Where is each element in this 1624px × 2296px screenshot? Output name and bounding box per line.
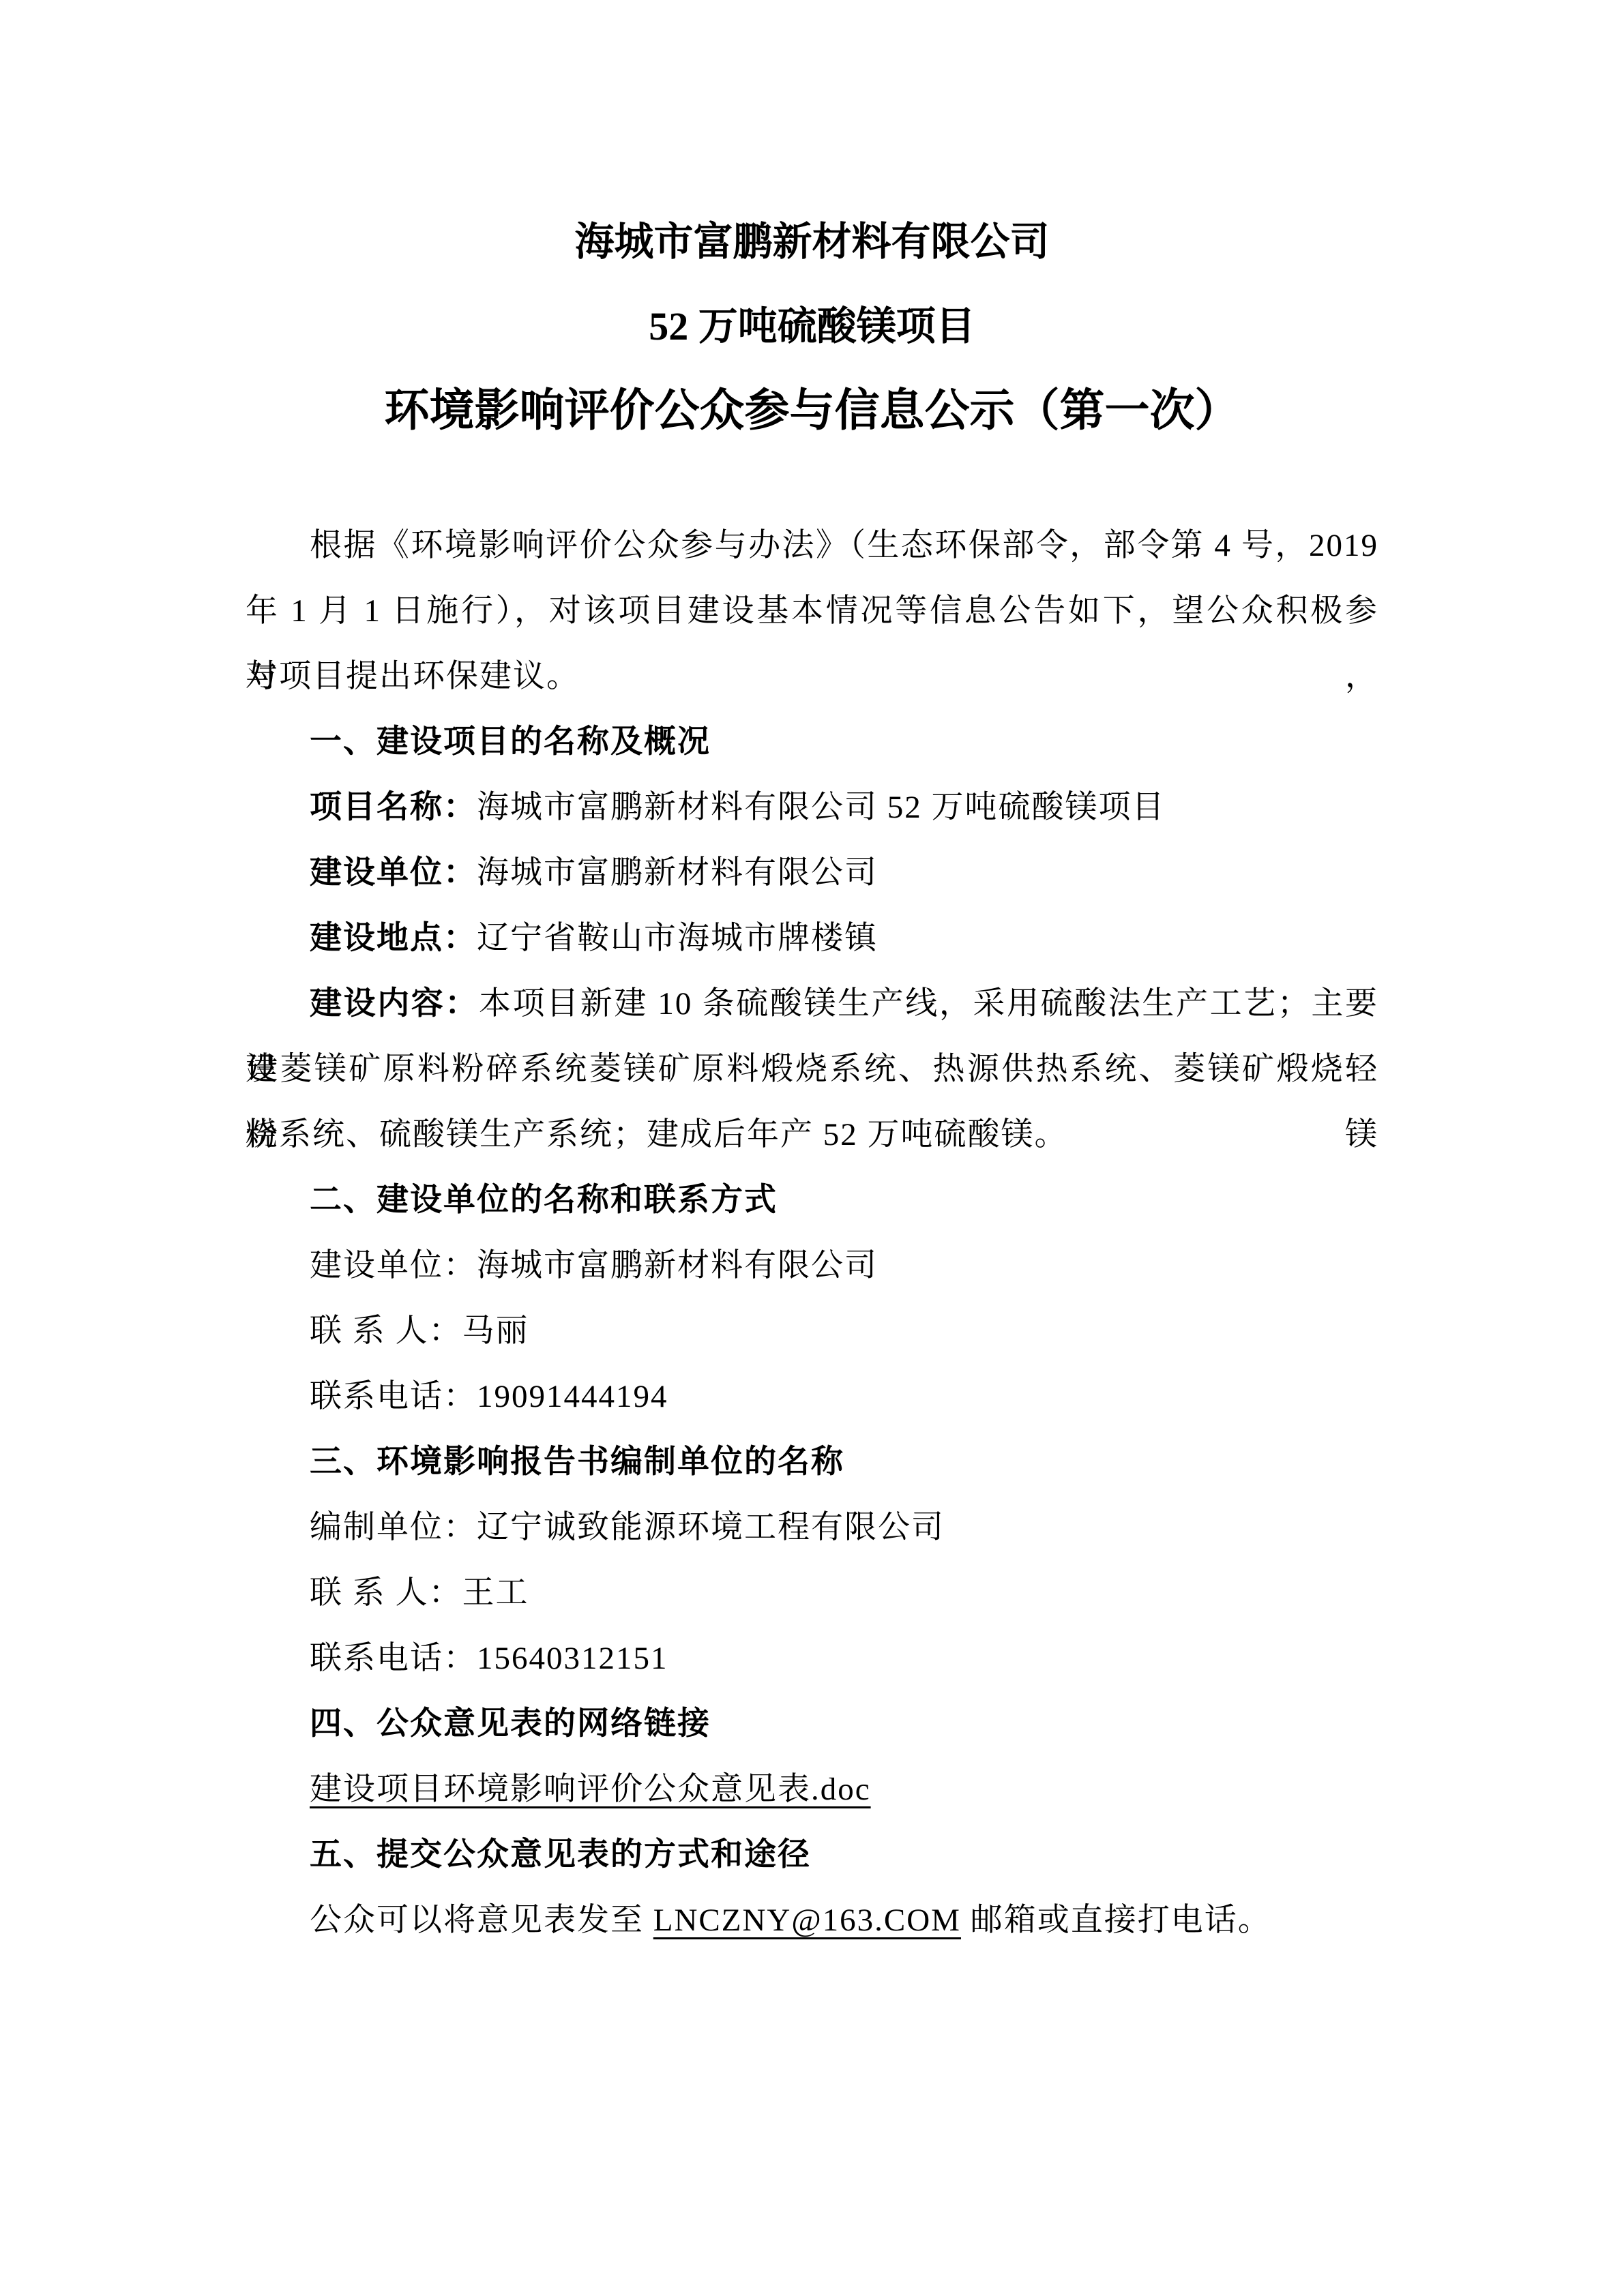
compiler-unit-line: 编制单位：辽宁诚致能源环境工程有限公司 [246, 1495, 1378, 1560]
document-title-block: 海城市富鹏新材料有限公司52 万吨硫酸镁项目环境影响评价公众参与信息公示（第一次… [246, 0, 1378, 453]
text-segment: 海城市富鹏新材料有限公司 [477, 855, 878, 891]
text-segment: 四、公众意见表的网络链接 [310, 1706, 711, 1742]
project-title: 52 万吨硫酸镁项目 [246, 284, 1378, 369]
text-segment: 联系电话：19091444194 [310, 1379, 668, 1414]
document-page: 海城市富鹏新材料有限公司52 万吨硫酸镁项目环境影响评价公众参与信息公示（第一次… [0, 0, 1624, 2296]
text-segment: 建设单位：海城市富鹏新材料有限公司 [310, 1248, 878, 1283]
document-body: 根据《环境影响评价公众参与办法》（生态环保部令，部令第 4 号，2019年 1 … [246, 513, 1378, 1953]
construction-content-line-1: 建设内容：本项目新建 10 条硫酸镁生产线，采用硫酸法生产工艺；主要建 [246, 971, 1378, 1037]
owner-phone-line: 联系电话：19091444194 [246, 1364, 1378, 1429]
feedback-form-doc-link[interactable]: 建设项目环境影响评价公众意见表.doc [310, 1772, 871, 1807]
email-link[interactable]: LNCZNY@163.COM [653, 1903, 961, 1938]
construction-site-line: 建设地点：辽宁省鞍山市海城市牌楼镇 [246, 906, 1378, 971]
section-3-heading: 三、环境影响报告书编制单位的名称 [246, 1429, 1378, 1495]
text-segment: 联系电话：15640312151 [310, 1641, 668, 1676]
text-segment: 三、环境影响报告书编制单位的名称 [310, 1444, 844, 1480]
owner-contact-line: 联 系 人：马丽 [246, 1298, 1378, 1364]
company-title: 海城市富鹏新材料有限公司 [246, 200, 1378, 284]
document-content: 海城市富鹏新材料有限公司52 万吨硫酸镁项目环境影响评价公众参与信息公示（第一次… [246, 0, 1378, 1953]
project-name-line: 项目名称：海城市富鹏新材料有限公司 52 万吨硫酸镁项目 [246, 775, 1378, 840]
intro-line-1: 根据《环境影响评价公众参与办法》（生态环保部令，部令第 4 号，2019 [246, 513, 1378, 578]
submission-line: 公众可以将意见表发至 LNCZNY@163.COM 邮箱或直接打电话。 [246, 1888, 1378, 1953]
intro-line-2: 年 1 月 1 日施行），对该项目建设基本情况等信息公告如下，望公众积极参与， [246, 578, 1378, 644]
section-2-heading: 二、建设单位的名称和联系方式 [246, 1167, 1378, 1233]
section-1-heading: 一、建设项目的名称及概况 [246, 709, 1378, 775]
text-segment: 联 系 人：马丽 [310, 1313, 529, 1349]
text-segment: 编制单位：辽宁诚致能源环境工程有限公司 [310, 1510, 945, 1545]
text-segment: 建设单位： [310, 855, 477, 891]
text-segment: 公众可以将意见表发至 [310, 1903, 653, 1938]
feedback-form-link-line: 建设项目环境影响评价公众意见表.doc [246, 1757, 1378, 1822]
text-segment: 二、建设单位的名称和联系方式 [310, 1182, 778, 1218]
text-segment: 一、建设项目的名称及概况 [310, 724, 711, 760]
text-segment: 辽宁省鞍山市海城市牌楼镇 [477, 921, 878, 956]
text-segment: 联 系 人：王工 [310, 1575, 529, 1611]
text-segment: 建设内容： [310, 986, 479, 1022]
text-segment: 建设地点： [310, 921, 477, 956]
section-5-heading: 五、提交公众意见表的方式和途径 [246, 1822, 1378, 1888]
text-segment: 对项目提出环保建议。 [246, 659, 580, 694]
text-segment: 邮箱或直接打电话。 [961, 1903, 1271, 1938]
text-segment: 粉系统、硫酸镁生产系统；建成后年产 52 万吨硫酸镁。 [246, 1117, 1068, 1152]
text-segment: 五、提交公众意见表的方式和途径 [310, 1837, 811, 1873]
construction-content-line-2: 设菱镁矿原料粉碎系统菱镁矿原料煅烧系统、热源供热系统、菱镁矿煅烧轻烧镁 [246, 1037, 1378, 1102]
text-segment: 项目名称： [310, 790, 477, 825]
section-4-heading: 四、公众意见表的网络链接 [246, 1691, 1378, 1757]
construction-unit-line: 建设单位：海城市富鹏新材料有限公司 [246, 840, 1378, 906]
owner-unit-line: 建设单位：海城市富鹏新材料有限公司 [246, 1233, 1378, 1298]
notice-title: 环境影响评价公众参与信息公示（第一次） [246, 369, 1378, 453]
text-segment: 海城市富鹏新材料有限公司 52 万吨硫酸镁项目 [477, 790, 1166, 825]
text-segment: 根据《环境影响评价公众参与办法》（生态环保部令，部令第 4 号，2019 [310, 528, 1378, 563]
compiler-contact-line: 联 系 人：王工 [246, 1560, 1378, 1626]
compiler-phone-line: 联系电话：15640312151 [246, 1626, 1378, 1691]
